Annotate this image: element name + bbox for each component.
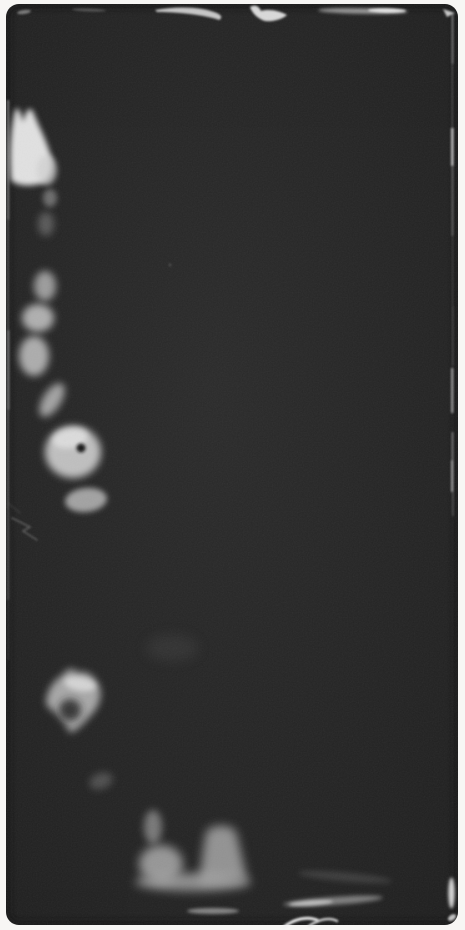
tile-photo-canvas — [0, 0, 465, 930]
film-grain-overlay — [6, 4, 458, 925]
tile-product-photo — [0, 0, 465, 930]
